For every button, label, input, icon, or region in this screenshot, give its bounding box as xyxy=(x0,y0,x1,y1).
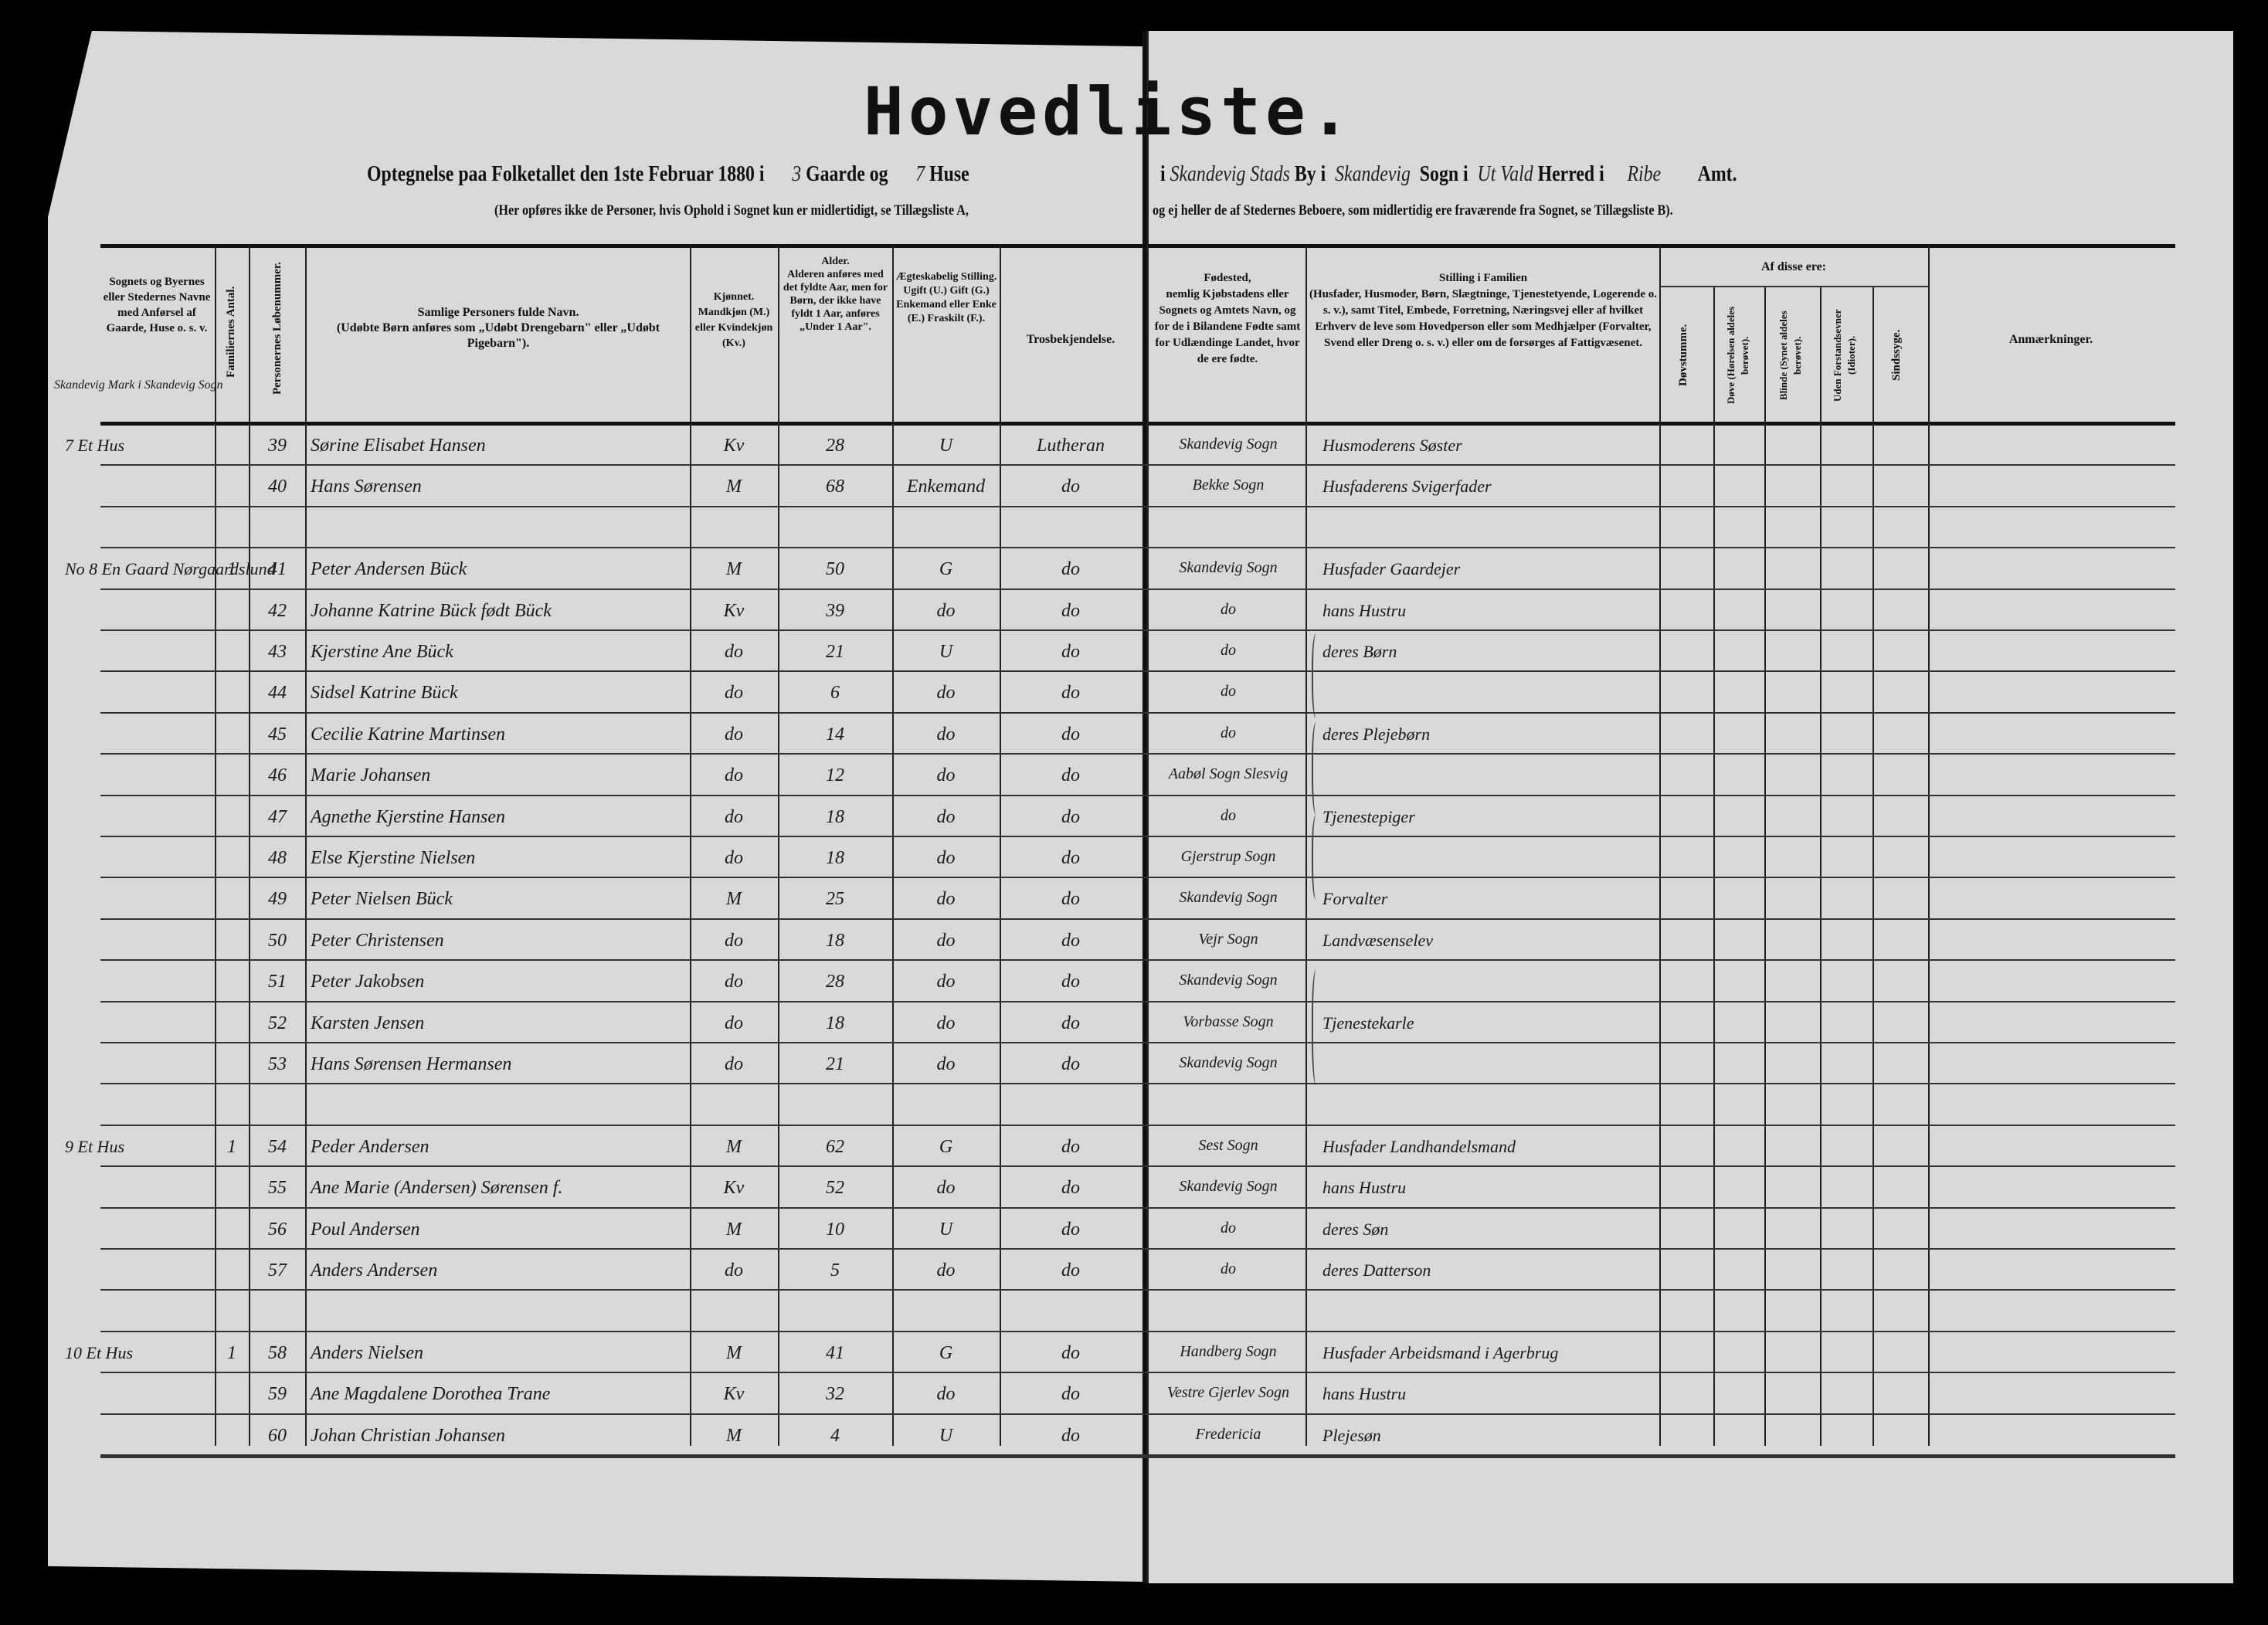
col-divider xyxy=(1659,246,1661,1446)
row-rule xyxy=(100,1207,2175,1209)
row-position: Tjenestekarle xyxy=(1322,1013,1658,1033)
header-birthplace: Fødested, nemlig Kjøbstadens eller Sogne… xyxy=(1151,270,1304,368)
row-sex: do xyxy=(691,848,776,869)
row-position: Tjenestepiger xyxy=(1322,807,1658,827)
af-disse-divider xyxy=(1659,286,1928,287)
row-sex: Kv xyxy=(691,601,776,622)
row-birthplace: Sest Sogn xyxy=(1153,1137,1304,1155)
row-marital: do xyxy=(894,1384,998,1405)
row-birthplace: do xyxy=(1153,724,1304,742)
row-rule xyxy=(100,959,2175,961)
row-religion: do xyxy=(1001,477,1140,497)
header-remarks: Anmærkninger. xyxy=(1931,332,2171,348)
row-age: 52 xyxy=(779,1178,891,1199)
row-birthplace: do xyxy=(1153,1220,1304,1237)
header-bottom-rule-left xyxy=(100,422,1143,426)
row-sex: do xyxy=(691,683,776,704)
row-name: Sidsel Katrine Bück xyxy=(311,683,688,704)
row-age: 41 xyxy=(779,1343,891,1364)
header-insane: Sindssyge. xyxy=(1889,293,1903,417)
row-marital: do xyxy=(894,972,998,992)
row-no: 41 xyxy=(252,559,303,580)
instruction-left: (Her opføres ikke de Personer, hvis Opho… xyxy=(494,202,969,219)
row-marital: U xyxy=(894,436,998,456)
row-birthplace: do xyxy=(1153,642,1304,660)
row-marital: do xyxy=(894,889,998,910)
row-rule xyxy=(100,464,2175,466)
row-no: 56 xyxy=(252,1220,303,1240)
row-no: 58 xyxy=(252,1343,303,1364)
row-no: 44 xyxy=(252,683,303,704)
row-marital: do xyxy=(894,1260,998,1281)
row-sex: do xyxy=(691,642,776,663)
row-marital: do xyxy=(894,601,998,622)
row-marital: G xyxy=(894,1343,998,1364)
header-age: Alder. Alderen anføres med det fyldte Aa… xyxy=(780,255,891,334)
row-birthplace: Bekke Sogn xyxy=(1153,477,1304,494)
row-name: Sørine Elisabet Hansen xyxy=(311,436,688,456)
row-name: Ane Marie (Andersen) Sørensen f. xyxy=(311,1178,688,1199)
row-marital: do xyxy=(894,1013,998,1034)
row-age: 21 xyxy=(779,1054,891,1075)
row-rule xyxy=(100,836,2175,837)
row-name: Cecilie Katrine Martinsen xyxy=(311,724,688,745)
row-sex: M xyxy=(691,889,776,910)
header-deafmute: Døvstumme. xyxy=(1676,293,1690,417)
row-birthplace: Skandevig Sogn xyxy=(1153,1054,1304,1072)
row-rule xyxy=(100,1413,2175,1415)
row-name: Peter Jakobsen xyxy=(311,972,688,992)
row-religion: do xyxy=(1001,724,1140,745)
row-name: Ane Magdalene Dorothea Trane xyxy=(311,1384,688,1405)
row-rule xyxy=(100,1289,2175,1291)
brace-tjenestepiger xyxy=(1312,815,1322,900)
row-rule xyxy=(100,877,2175,878)
table-bottom-rule xyxy=(100,1456,2175,1458)
row-no: 43 xyxy=(252,642,303,663)
row-no: 42 xyxy=(252,601,303,622)
row-marital: do xyxy=(894,1054,998,1075)
row-fam: 1 xyxy=(216,1137,247,1158)
row-position: Plejesøn xyxy=(1322,1426,1658,1446)
row-age: 68 xyxy=(779,477,891,497)
row-sex: Kv xyxy=(691,1384,776,1405)
row-no: 57 xyxy=(252,1260,303,1281)
row-birthplace: Skandevig Sogn xyxy=(1153,1178,1304,1196)
col-divider xyxy=(1820,286,1822,1446)
row-marital: U xyxy=(894,1220,998,1240)
row-name: Anders Nielsen xyxy=(311,1343,688,1364)
row-position: Husmoderens Søster xyxy=(1322,436,1658,456)
row-position: hans Hustru xyxy=(1322,601,1658,621)
row-marital: U xyxy=(894,1426,998,1447)
row-name: Johan Christian Johansen xyxy=(311,1426,688,1447)
col-divider xyxy=(1928,246,1930,1446)
row-birthplace: Skandevig Sogn xyxy=(1153,559,1304,577)
header-top-rule-left xyxy=(100,244,1143,248)
row-marital: Enkemand xyxy=(894,477,998,497)
header-bottom-rule-right xyxy=(1148,422,2175,426)
row-religion: do xyxy=(1001,601,1140,622)
row-sex: do xyxy=(691,1054,776,1075)
row-no: 40 xyxy=(252,477,303,497)
amt-value: Ribe xyxy=(1627,162,1661,186)
col-divider xyxy=(1872,286,1874,1446)
row-rule xyxy=(100,547,2175,548)
row-place: No 8 En Gaard Nørgaardslund xyxy=(65,559,212,579)
row-no: 55 xyxy=(252,1178,303,1199)
header-marital: Ægteskabelig Stilling. Ugift (U.) Gift (… xyxy=(895,270,998,326)
row-marital: G xyxy=(894,1137,998,1158)
row-marital: do xyxy=(894,683,998,704)
row-sex: Kv xyxy=(691,436,776,456)
sogn-value: Skandevig xyxy=(1335,162,1411,186)
row-name: Peter Christensen xyxy=(311,931,688,952)
row-rule xyxy=(100,1331,2175,1332)
row-position: Husfader Gaardejer xyxy=(1322,559,1658,579)
row-age: 18 xyxy=(779,1013,891,1034)
row-no: 52 xyxy=(252,1013,303,1034)
row-marital: do xyxy=(894,724,998,745)
row-religion: do xyxy=(1001,642,1140,663)
row-religion: do xyxy=(1001,1137,1140,1158)
col-divider xyxy=(305,246,307,1446)
row-no: 45 xyxy=(252,724,303,745)
row-religion: do xyxy=(1001,889,1140,910)
row-place: 10 Et Hus xyxy=(65,1343,212,1363)
row-rule xyxy=(100,1042,2175,1043)
row-position: Forvalter xyxy=(1322,889,1658,909)
row-position: Landvæsenselev xyxy=(1322,931,1658,951)
herred-value: Ut Vald xyxy=(1478,162,1533,186)
row-rule xyxy=(100,670,2175,672)
row-religion: do xyxy=(1001,848,1140,869)
row-no: 53 xyxy=(252,1054,303,1075)
by-value: Skandevig Stads xyxy=(1170,162,1290,186)
brace-tjenestekarle xyxy=(1312,969,1322,1085)
row-religion: do xyxy=(1001,765,1140,786)
header-name: Samlige Personers fulde Navn. (Udøbte Bø… xyxy=(317,305,680,351)
row-rule xyxy=(100,506,2175,507)
row-position: hans Hustru xyxy=(1322,1384,1658,1404)
header-person-no: Personernes Løbenummer. xyxy=(270,247,284,409)
row-name: Poul Andersen xyxy=(311,1220,688,1240)
row-no: 59 xyxy=(252,1384,303,1405)
row-age: 39 xyxy=(779,601,891,622)
row-no: 51 xyxy=(252,972,303,992)
row-birthplace: Skandevig Sogn xyxy=(1153,889,1304,907)
row-no: 39 xyxy=(252,436,303,456)
row-name: Karsten Jensen xyxy=(311,1013,688,1034)
row-sex: M xyxy=(691,1343,776,1364)
row-marital: do xyxy=(894,1178,998,1199)
row-sex: M xyxy=(691,1220,776,1240)
row-sex: M xyxy=(691,559,776,580)
row-rule xyxy=(100,629,2175,631)
row-birthplace: Skandevig Sogn xyxy=(1153,436,1304,453)
row-age: 4 xyxy=(779,1426,891,1447)
row-name: Anders Andersen xyxy=(311,1260,688,1281)
header-idiot: Uden Forstandsevner (Idioter). xyxy=(1831,293,1859,417)
row-birthplace: Gjerstrup Sogn xyxy=(1153,848,1304,866)
header-position: Stilling i Familien (Husfader, Husmoder,… xyxy=(1309,270,1657,351)
row-age: 5 xyxy=(779,1260,891,1281)
row-religion: do xyxy=(1001,931,1140,952)
row-position: deres Datterson xyxy=(1322,1260,1658,1281)
row-rule xyxy=(100,1125,2175,1126)
row-birthplace: Vorbasse Sogn xyxy=(1153,1013,1304,1031)
row-religion: Lutheran xyxy=(1001,436,1140,456)
row-age: 12 xyxy=(779,765,891,786)
row-fam: 1 xyxy=(216,559,247,580)
col-divider xyxy=(1713,286,1715,1446)
row-age: 50 xyxy=(779,559,891,580)
col-divider xyxy=(1305,246,1307,1446)
row-birthplace: Vestre Gjerlev Sogn xyxy=(1153,1384,1304,1402)
instruction-right: og ej heller de af Stedernes Beboere, so… xyxy=(1153,202,1673,219)
row-age: 18 xyxy=(779,807,891,828)
row-rule xyxy=(100,1248,2175,1250)
row-no: 60 xyxy=(252,1426,303,1447)
row-age: 10 xyxy=(779,1220,891,1240)
row-birthplace: do xyxy=(1153,601,1304,619)
row-marital: G xyxy=(894,559,998,580)
brace-children xyxy=(1312,633,1322,718)
row-age: 6 xyxy=(779,683,891,704)
header-sex: Kjønnet. Mandkjøn (M.) eller Kvindekjøn … xyxy=(691,290,776,351)
row-sex: do xyxy=(691,972,776,992)
header-religion: Trosbekjendelse. xyxy=(1001,332,1140,348)
row-rule xyxy=(100,589,2175,590)
row-birthplace: do xyxy=(1153,1260,1304,1278)
row-position: Husfaderens Svigerfader xyxy=(1322,477,1658,497)
row-no: 48 xyxy=(252,848,303,869)
row-religion: do xyxy=(1001,683,1140,704)
row-rule xyxy=(100,753,2175,755)
row-no: 54 xyxy=(252,1137,303,1158)
row-sex: M xyxy=(691,1137,776,1158)
header-af-disse: Af disse ere: xyxy=(1659,260,1928,275)
row-marital: do xyxy=(894,807,998,828)
row-rule xyxy=(100,918,2175,920)
row-rule xyxy=(100,712,2175,714)
row-age: 18 xyxy=(779,931,891,952)
census-line-left: Optegnelse paa Folketallet den 1ste Febr… xyxy=(367,162,969,187)
row-rule xyxy=(100,1372,2175,1373)
row-religion: do xyxy=(1001,1178,1140,1199)
row-no: 47 xyxy=(252,807,303,828)
row-fam: 1 xyxy=(216,1343,247,1364)
row-age: 21 xyxy=(779,642,891,663)
header-families: Familiernes Antal. xyxy=(224,255,238,409)
row-birthplace: Skandevig Sogn xyxy=(1153,972,1304,989)
row-sex: M xyxy=(691,477,776,497)
row-position: hans Hustru xyxy=(1322,1178,1658,1198)
row-birthplace: do xyxy=(1153,807,1304,825)
row-sex: do xyxy=(691,1260,776,1281)
header-deaf: Døve (Hørelsen aldeles berøvet). xyxy=(1724,293,1752,417)
row-religion: do xyxy=(1001,1343,1140,1364)
row-name: Hans Sørensen Hermansen xyxy=(311,1054,688,1075)
row-birthplace: Fredericia xyxy=(1153,1426,1304,1444)
row-no: 46 xyxy=(252,765,303,786)
row-marital: do xyxy=(894,765,998,786)
census-line-right: i Skandevig Stads By i Skandevig Sogn i … xyxy=(1160,162,1737,187)
row-sex: do xyxy=(691,931,776,952)
row-religion: do xyxy=(1001,1384,1140,1405)
row-marital: U xyxy=(894,642,998,663)
row-name: Kjerstine Ane Bück xyxy=(311,642,688,663)
row-name: Peder Andersen xyxy=(311,1137,688,1158)
row-religion: do xyxy=(1001,972,1140,992)
brace-plejebørn xyxy=(1312,722,1322,815)
gaarde-count: 3 xyxy=(792,162,801,186)
row-sex: do xyxy=(691,765,776,786)
row-age: 62 xyxy=(779,1137,891,1158)
row-rule xyxy=(100,1001,2175,1002)
row-religion: do xyxy=(1001,1220,1140,1240)
header-place: Sognets og Byernes eller Stedernes Navne… xyxy=(100,274,213,336)
row-birthplace: Vejr Sogn xyxy=(1153,931,1304,948)
row-birthplace: do xyxy=(1153,683,1304,701)
row-religion: do xyxy=(1001,1013,1140,1034)
row-religion: do xyxy=(1001,559,1140,580)
row-sex: M xyxy=(691,1426,776,1447)
row-religion: do xyxy=(1001,1054,1140,1075)
row-name: Marie Johansen xyxy=(311,765,688,786)
row-place: 9 Et Hus xyxy=(65,1137,212,1157)
row-name: Agnethe Kjerstine Hansen xyxy=(311,807,688,828)
row-marital: do xyxy=(894,848,998,869)
row-position: deres Søn xyxy=(1322,1220,1658,1240)
row-age: 28 xyxy=(779,436,891,456)
row-age: 18 xyxy=(779,848,891,869)
form-title: Hovedliste. xyxy=(864,73,1355,151)
row-position: Husfader Arbeidsmand i Agerbrug xyxy=(1322,1343,1658,1363)
row-position: deres Plejebørn xyxy=(1322,724,1658,745)
row-sex: do xyxy=(691,1013,776,1034)
header-top-rule-right xyxy=(1148,244,2175,248)
row-rule xyxy=(100,795,2175,796)
col-divider xyxy=(249,246,250,1446)
row-religion: do xyxy=(1001,1260,1140,1281)
col-divider xyxy=(215,246,216,1446)
place-note: Skandevig Mark i Skandevig Sogn xyxy=(54,378,223,392)
row-name: Else Kjerstine Nielsen xyxy=(311,848,688,869)
page-spine xyxy=(1142,31,1146,1583)
row-age: 32 xyxy=(779,1384,891,1405)
row-birthplace: Aabøl Sogn Slesvig xyxy=(1153,765,1304,783)
row-age: 25 xyxy=(779,889,891,910)
row-name: Hans Sørensen xyxy=(311,477,688,497)
row-sex: Kv xyxy=(691,1178,776,1199)
row-sex: do xyxy=(691,724,776,745)
row-birthplace: Handberg Sogn xyxy=(1153,1343,1304,1361)
header-blind: Blinde (Synet aldeles berøvet). xyxy=(1777,293,1805,417)
row-no: 50 xyxy=(252,931,303,952)
row-position: Husfader Landhandelsmand xyxy=(1322,1137,1658,1157)
row-name: Johanne Katrine Bück født Bück xyxy=(311,601,688,622)
row-name: Peter Nielsen Bück xyxy=(311,889,688,910)
row-position: deres Børn xyxy=(1322,642,1658,662)
row-rule xyxy=(100,1083,2175,1084)
col-divider xyxy=(1764,286,1766,1446)
row-place: 7 Et Hus xyxy=(65,436,212,456)
row-age: 14 xyxy=(779,724,891,745)
huse-count: 7 xyxy=(915,162,925,186)
row-religion: do xyxy=(1001,1426,1140,1447)
row-no: 49 xyxy=(252,889,303,910)
row-marital: do xyxy=(894,931,998,952)
row-religion: do xyxy=(1001,807,1140,828)
row-rule xyxy=(100,1165,2175,1167)
row-sex: do xyxy=(691,807,776,828)
row-age: 28 xyxy=(779,972,891,992)
row-name: Peter Andersen Bück xyxy=(311,559,688,580)
